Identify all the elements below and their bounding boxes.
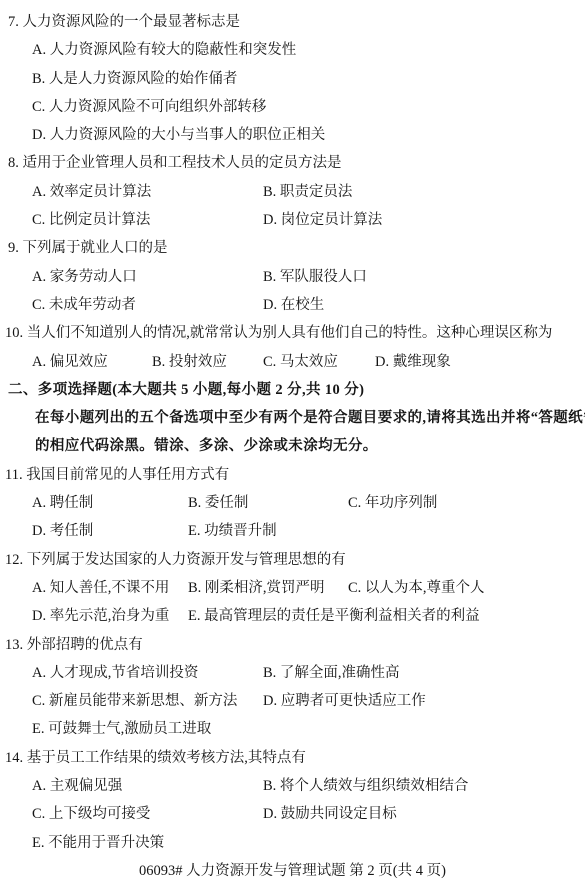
question-10-option-d: D. 戴维现象 xyxy=(375,354,451,370)
section-2-instruction-line-1: 在每小题列出的五个备选项中至少有两个是符合题目要求的,请将其选出并将“答题纸” xyxy=(0,404,585,432)
page-footer: 06093# 人力资源开发与管理试题 第 2 页(共 4 页) xyxy=(0,857,585,885)
question-10-option-c: C. 马太效应 xyxy=(263,348,375,376)
question-12-option-e: E. 最高管理层的责任是平衡利益相关者的利益 xyxy=(188,608,480,624)
question-10-stem: 10. 当人们不知道别人的情况,就常常认为别人具有他们自己的特性。这种心理误区称… xyxy=(0,319,585,347)
question-11-option-d: D. 考任制 xyxy=(32,517,188,545)
question-8-options-row-2: C. 比例定员计算法D. 岗位定员计算法 xyxy=(0,206,585,234)
question-7-stem: 7. 人力资源风险的一个最显著标志是 xyxy=(0,8,585,36)
question-7-option-b: B. 人是人力资源风险的始作俑者 xyxy=(0,65,585,93)
question-9-option-a: A. 家务劳动人口 xyxy=(32,263,263,291)
section-2-instruction-line-2: 的相应代码涂黑。错涂、多涂、少涂或未涂均无分。 xyxy=(0,432,585,460)
question-12-options-row-1: A. 知人善任,不课不用B. 刚柔相济,赏罚严明C. 以人为本,尊重个人 xyxy=(0,574,585,602)
question-8-option-b: B. 职责定员法 xyxy=(263,184,352,200)
question-7-option-d: D. 人力资源风险的大小与当事人的职位正相关 xyxy=(0,121,585,149)
question-14-option-e: E. 不能用于晋升决策 xyxy=(0,829,585,857)
question-14-options-row-2: C. 上下级均可接受D. 鼓励共同设定目标 xyxy=(0,800,585,828)
question-14-stem: 14. 基于员工工作结果的绩效考核方法,其特点有 xyxy=(0,744,585,772)
question-14-option-c: C. 上下级均可接受 xyxy=(32,800,263,828)
question-9-option-c: C. 未成年劳动者 xyxy=(32,291,263,319)
question-10-option-b: B. 投射效应 xyxy=(152,348,263,376)
question-13-options-row-1: A. 人才现成,节省培训投资B. 了解全面,准确性高 xyxy=(0,659,585,687)
question-13-option-b: B. 了解全面,准确性高 xyxy=(263,665,400,681)
question-9-stem: 9. 下列属于就业人口的是 xyxy=(0,234,585,262)
question-8-option-d: D. 岗位定员计算法 xyxy=(263,212,382,228)
question-11-option-c: C. 年功序列制 xyxy=(348,495,437,511)
question-12-option-d: D. 率先示范,治身为重 xyxy=(32,602,188,630)
question-12-option-c: C. 以人为本,尊重个人 xyxy=(348,580,485,596)
section-2-heading: 二、多项选择题(本大题共 5 小题,每小题 2 分,共 10 分) xyxy=(0,376,585,404)
exam-page: 7. 人力资源风险的一个最显著标志是 A. 人力资源风险有较大的隐蔽性和突发性 … xyxy=(0,0,585,885)
question-14-option-b: B. 将个人绩效与组织绩效相结合 xyxy=(263,778,468,794)
question-13-stem: 13. 外部招聘的优点有 xyxy=(0,631,585,659)
question-13-option-c: C. 新雇员能带来新思想、新方法 xyxy=(32,687,263,715)
question-9-option-b: B. 军队服役人口 xyxy=(263,269,367,285)
question-9-options-row-1: A. 家务劳动人口B. 军队服役人口 xyxy=(0,263,585,291)
question-11-options-row-2: D. 考任制E. 功绩晋升制 xyxy=(0,517,585,545)
question-13-option-a: A. 人才现成,节省培训投资 xyxy=(32,659,263,687)
question-8-option-c: C. 比例定员计算法 xyxy=(32,206,263,234)
question-14-option-a: A. 主观偏见强 xyxy=(32,772,263,800)
question-11-options-row-1: A. 聘任制B. 委任制C. 年功序列制 xyxy=(0,489,585,517)
question-7-option-c: C. 人力资源风险不可向组织外部转移 xyxy=(0,93,585,121)
question-11-option-a: A. 聘任制 xyxy=(32,489,188,517)
question-11-option-e: E. 功绩晋升制 xyxy=(188,523,277,539)
question-10-options-row-1: A. 偏见效应B. 投射效应C. 马太效应D. 戴维现象 xyxy=(0,348,585,376)
question-14-options-row-1: A. 主观偏见强B. 将个人绩效与组织绩效相结合 xyxy=(0,772,585,800)
question-12-option-a: A. 知人善任,不课不用 xyxy=(32,574,188,602)
question-12-options-row-2: D. 率先示范,治身为重E. 最高管理层的责任是平衡利益相关者的利益 xyxy=(0,602,585,630)
question-11-option-b: B. 委任制 xyxy=(188,489,348,517)
question-13-option-e: E. 可鼓舞士气,激励员工进取 xyxy=(0,715,585,743)
question-9-options-row-2: C. 未成年劳动者D. 在校生 xyxy=(0,291,585,319)
question-13-options-row-2: C. 新雇员能带来新思想、新方法D. 应聘者可更快适应工作 xyxy=(0,687,585,715)
question-10-option-a: A. 偏见效应 xyxy=(32,348,152,376)
question-14-option-d: D. 鼓励共同设定目标 xyxy=(263,806,397,822)
question-13-option-d: D. 应聘者可更快适应工作 xyxy=(263,693,426,709)
question-8-option-a: A. 效率定员计算法 xyxy=(32,178,263,206)
question-8-stem: 8. 适用于企业管理人员和工程技术人员的定员方法是 xyxy=(0,149,585,177)
question-8-options-row-1: A. 效率定员计算法B. 职责定员法 xyxy=(0,178,585,206)
question-7-option-a: A. 人力资源风险有较大的隐蔽性和突发性 xyxy=(0,36,585,64)
question-11-stem: 11. 我国目前常见的人事任用方式有 xyxy=(0,461,585,489)
question-9-option-d: D. 在校生 xyxy=(263,297,324,313)
question-12-stem: 12. 下列属于发达国家的人力资源开发与管理思想的有 xyxy=(0,546,585,574)
question-12-option-b: B. 刚柔相济,赏罚严明 xyxy=(188,574,348,602)
